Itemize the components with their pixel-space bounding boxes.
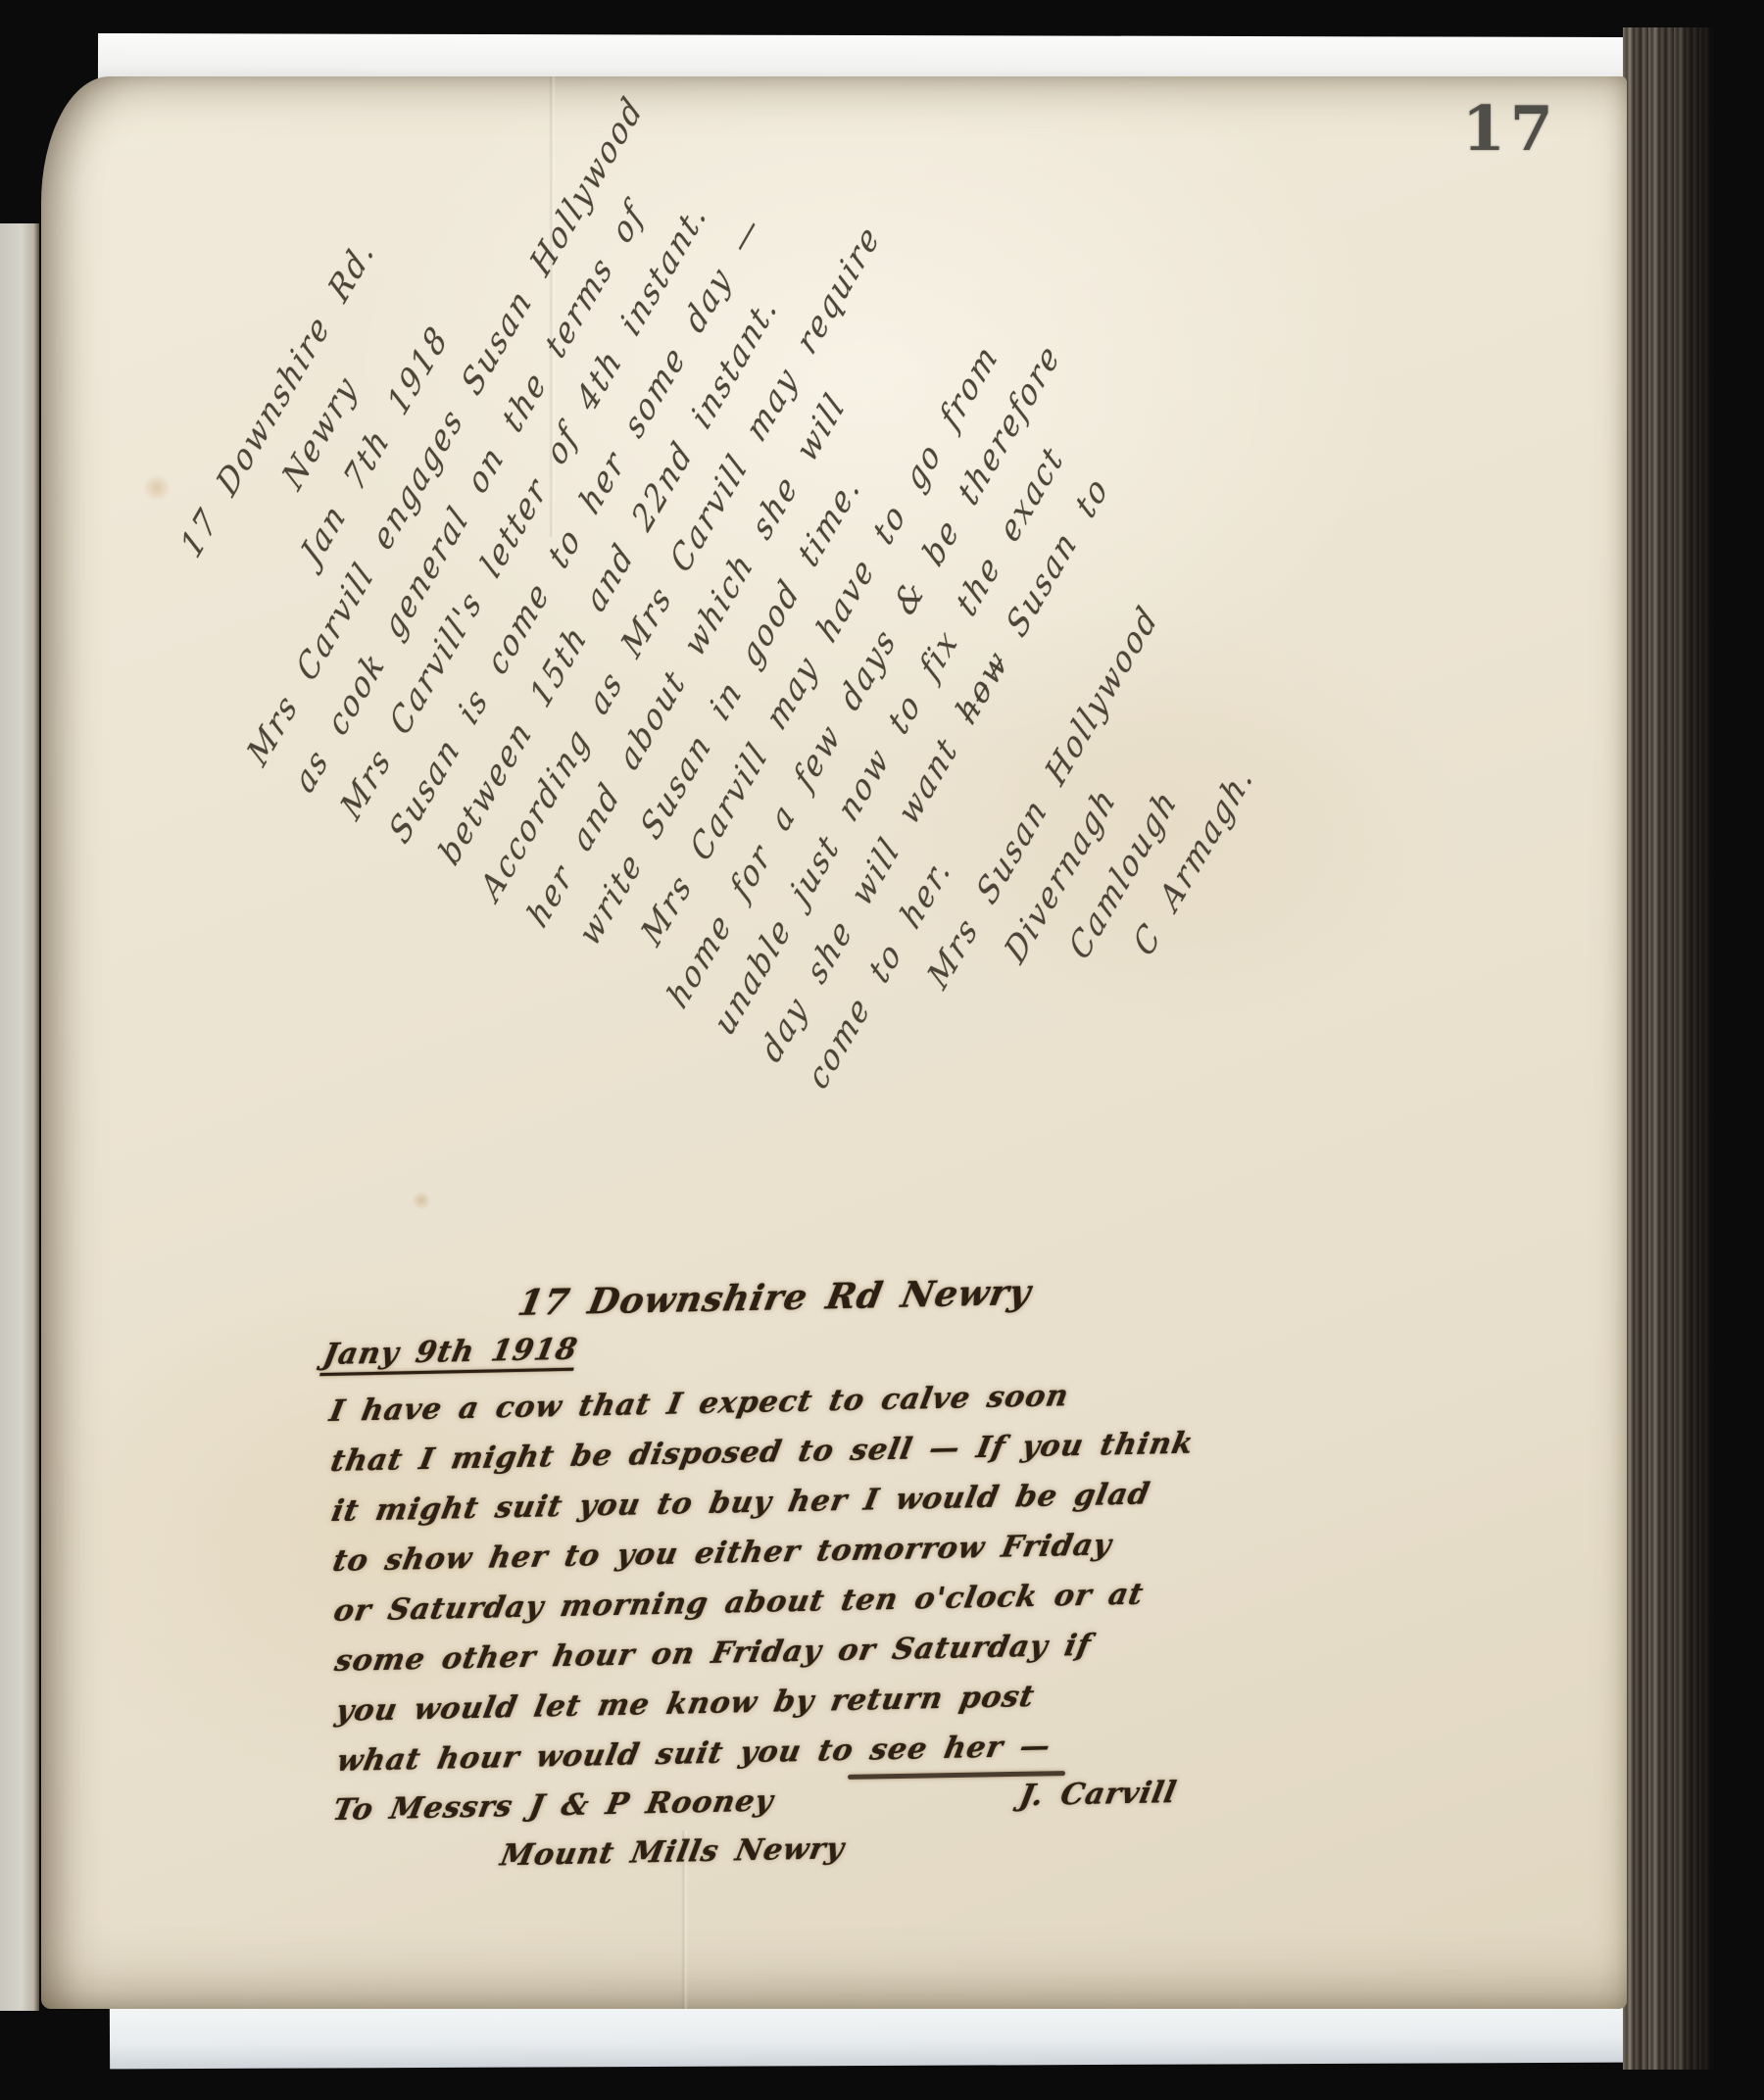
book-right-page-edges	[1623, 27, 1715, 2070]
letter2-body: I have a cow that I expect to calve soon…	[324, 1369, 1175, 1786]
photograph-background: 17 17 Downshire Rd.NewryJan 7th 1918 Mrs…	[0, 0, 1764, 2100]
manuscript-page: 17 17 Downshire Rd.NewryJan 7th 1918 Mrs…	[41, 76, 1627, 2009]
adjacent-page-bottom-edge	[110, 2002, 1631, 2070]
letter2-address-line: 17 Downshire Rd Newry	[514, 1265, 1169, 1328]
letter-cow-sale: 17 Downshire Rd Newry Jany 9th 1918 I ha…	[322, 1265, 1178, 1884]
letter2-date: Jany 9th 1918	[319, 1327, 582, 1380]
letter2-signature: J. Carvill	[1015, 1769, 1181, 1822]
letter-engagement-note: 17 Downshire Rd.NewryJan 7th 1918 Mrs Ca…	[88, 76, 1586, 1210]
page-number-stamp: 17	[1462, 92, 1558, 165]
book-left-fore-edge	[0, 223, 39, 2011]
